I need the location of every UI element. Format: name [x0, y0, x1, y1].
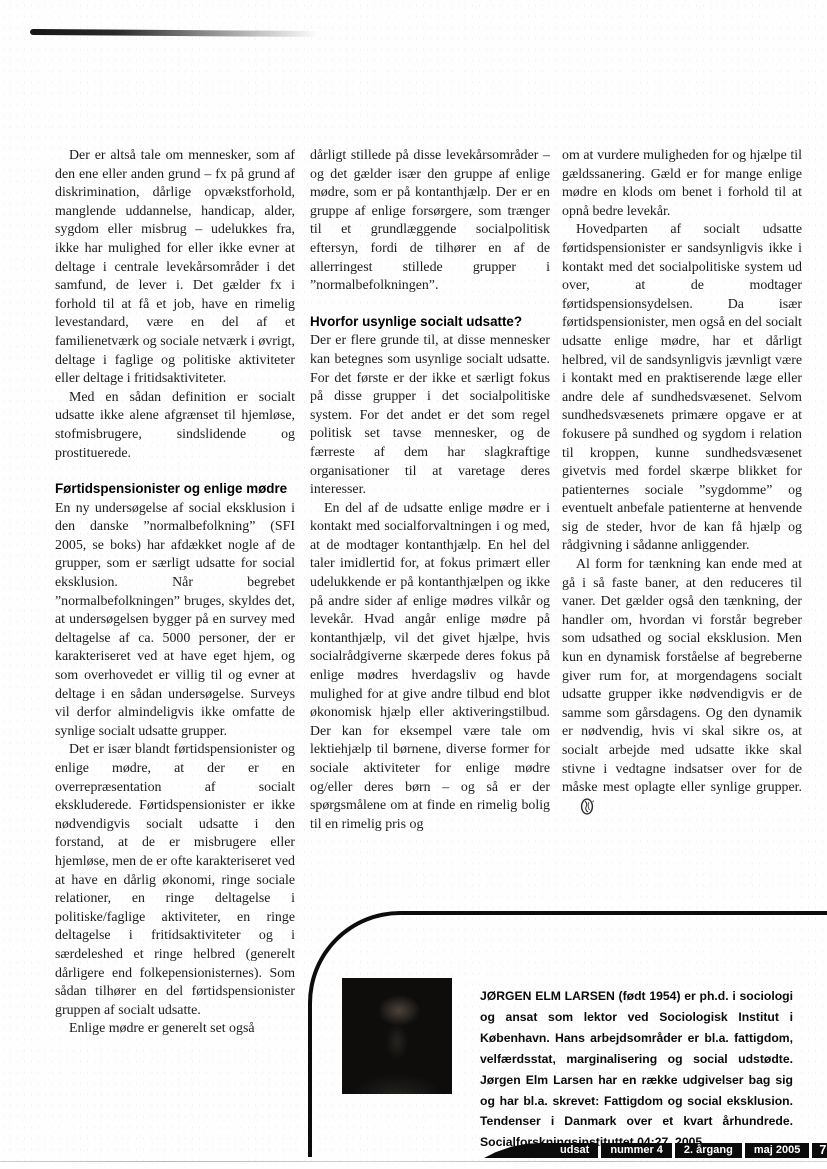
- paragraph: En ny undersøgelse af social eksklusion …: [55, 500, 295, 742]
- paragraph: dårligt stillede på disse levekårsområde…: [310, 147, 550, 296]
- paragraph: En del af de udsatte enlige mødre er i k…: [310, 500, 550, 835]
- author-photo: [342, 978, 452, 1094]
- paragraph: Der er flere grunde til, at disse mennes…: [310, 332, 550, 499]
- paragraph: Hovedparten af socialt udsatte førtidspe…: [562, 221, 802, 556]
- paragraph: Enlige mødre er generelt set også: [55, 1020, 295, 1039]
- paragraph: Der er altså tale om mennesker, som af d…: [55, 147, 295, 389]
- scan-artifact-streak: [30, 29, 318, 37]
- footer-bar: udsat nummer 4 2. årgang maj 2005 7: [484, 1143, 827, 1158]
- paragraph: Det er især blandt førtidspensionister o…: [55, 741, 295, 1020]
- scan-page-edge-line: [0, 1161, 827, 1162]
- paragraph: Med en sådan definition er socialt udsat…: [55, 389, 295, 463]
- text-column-3: om at vurdere muligheden for og hjælpe t…: [562, 147, 802, 821]
- magazine-page: Der er altså tale om mennesker, som af d…: [0, 0, 827, 1169]
- paragraph: Al form for tænkning kan ende med at gå …: [562, 556, 802, 821]
- footer-date: maj 2005: [745, 1143, 809, 1158]
- author-bio: JØRGEN ELM LARSEN (født 1954) er ph.d. i…: [480, 986, 793, 1153]
- footer-magazine-title: udsat: [484, 1143, 598, 1158]
- paragraph-text: Al form for tænkning kan ende med at gå …: [562, 557, 802, 795]
- footer-volume: 2. årgang: [675, 1143, 742, 1158]
- footer-issue: nummer 4: [601, 1143, 672, 1158]
- section-heading-hvorfor-usynlige: Hvorfor usynlige socialt udsatte?: [310, 313, 550, 332]
- end-of-article-ornament-icon: [566, 798, 594, 822]
- section-heading-fortidspensionister: Førtidspensionister og enlige mødre: [55, 480, 295, 499]
- text-column-2: dårligt stillede på disse levekårsområde…: [310, 147, 550, 834]
- paragraph: om at vurdere muligheden for og hjælpe t…: [562, 147, 802, 221]
- page-number: 7: [812, 1143, 827, 1158]
- text-column-1: Der er altså tale om mennesker, som af d…: [55, 147, 295, 1039]
